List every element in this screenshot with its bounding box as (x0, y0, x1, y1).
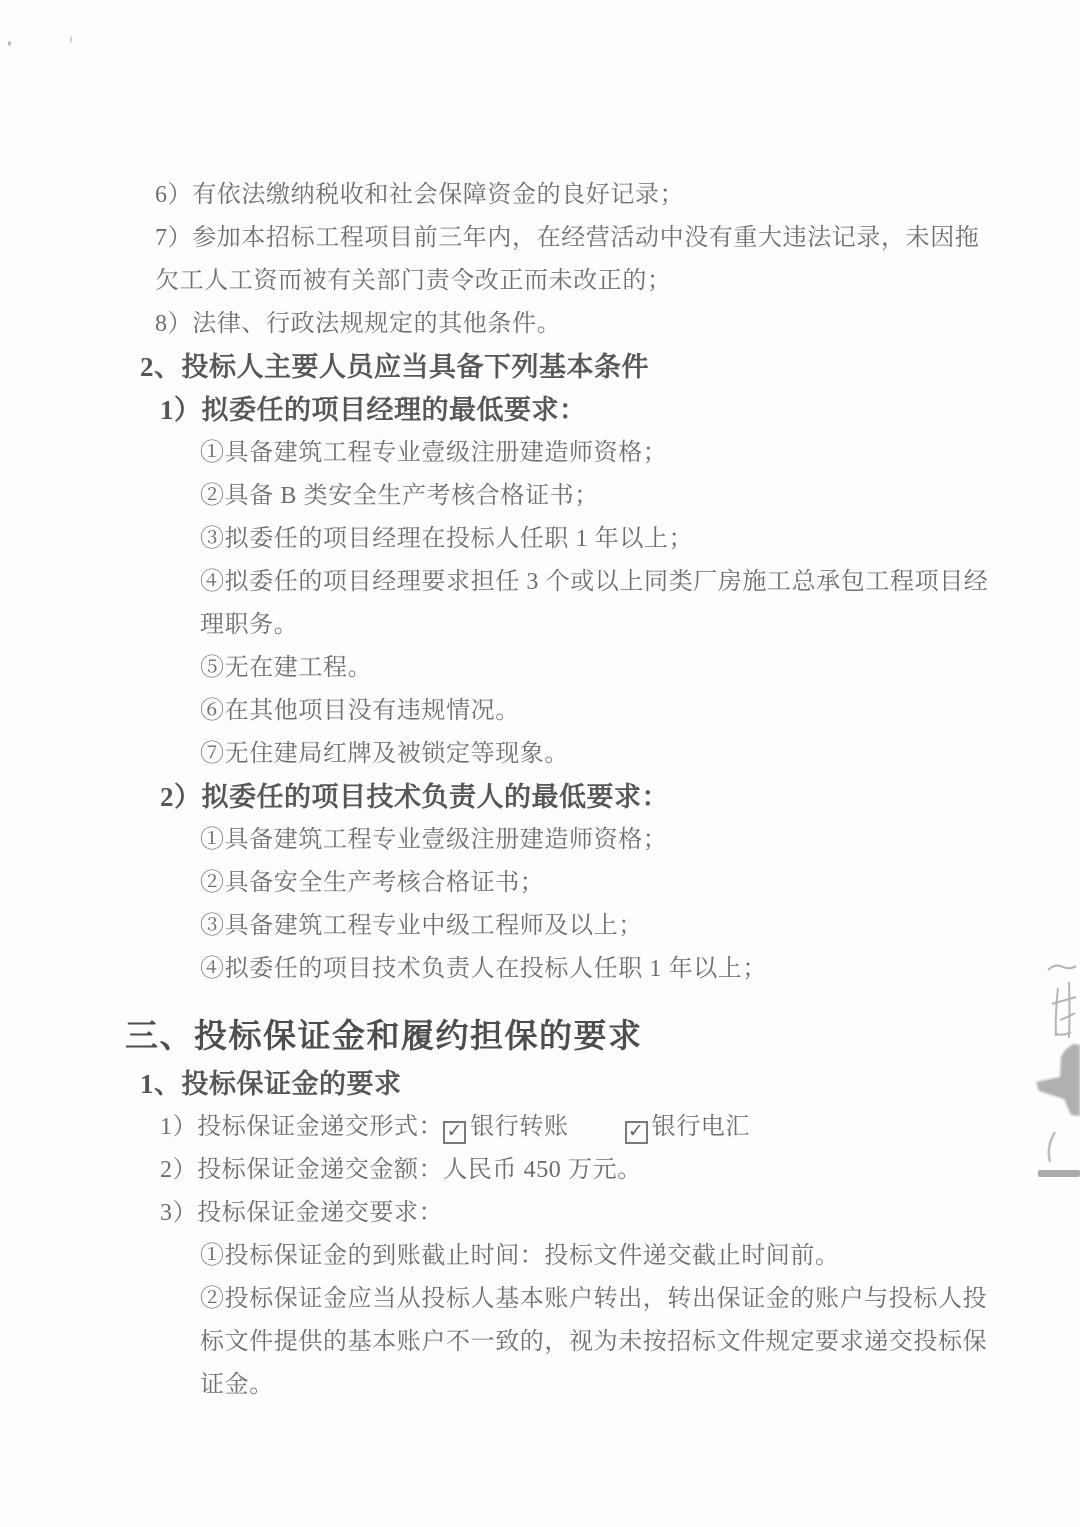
manager-req-1: ①具备建筑工程专业壹级注册建造师资格； (0, 432, 1080, 475)
line-text: ②投标保证金应当从投标人基本账户转出，转出保证金的账户与投标人投 (200, 1286, 987, 1312)
manager-req-6: ⑥在其他项目没有违规情况。 (0, 690, 1080, 733)
tech-lead-req-2: ②具备安全生产考核合格证书； (0, 862, 1080, 905)
bond-amount-item: 2）投标保证金递交金额：人民币 450 万元。 (0, 1149, 1080, 1192)
line-text: 6）有依法缴纳税收和社会保障资金的良好记录； (155, 182, 684, 208)
checkbox-label: 银行电汇 (652, 1114, 750, 1140)
line-text: ③拟委任的项目经理在投标人任职 1 年以上； (200, 526, 693, 552)
tech-lead-req-1: ①具备建筑工程专业壹级注册建造师资格； (0, 819, 1080, 862)
manager-req-2: ②具备 B 类安全生产考核合格证书； (0, 475, 1080, 518)
line-text: ⑦无住建局红牌及被锁定等现象。 (200, 741, 569, 767)
line-text: 8）法律、行政法规规定的其他条件。 (155, 311, 561, 337)
line-text: ②具备安全生产考核合格证书； (200, 870, 544, 896)
line-text: 2）拟委任的项目技术负责人的最低要求： (160, 782, 669, 812)
tech-lead-req-4: ④拟委任的项目技术负责人在投标人任职 1 年以上； (0, 948, 1080, 991)
line-text: ①具备建筑工程专业壹级注册建造师资格； (200, 440, 667, 466)
checkbox-option-2: ✓银行电汇 (625, 1106, 750, 1149)
line-text: ④拟委任的项目经理要求担任 3 个或以上同类厂房施工总承包工程项目经 (200, 569, 988, 595)
checkbox-label: 银行转账 (470, 1114, 568, 1140)
manager-req-4: ④拟委任的项目经理要求担任 3 个或以上同类厂房施工总承包工程项目经 (0, 561, 1080, 604)
scan-speck (70, 36, 72, 43)
line-text: 2）投标保证金递交金额：人民币 450 万元。 (160, 1157, 642, 1183)
bid-bond-requirements-title: 1、投标保证金的要求 (0, 1063, 1080, 1106)
document-content: 6）有依法缴纳税收和社会保障资金的良好记录；7）参加本招标工程项目前三年内，在经… (0, 174, 1080, 1407)
line-text: ①投标保证金的到账截止时间：投标文件递交截止时间前。 (200, 1243, 840, 1269)
subsection-2-title: 2、投标人主要人员应当具备下列基本条件 (0, 346, 1080, 389)
handwriting-fragment (1048, 966, 1076, 1038)
bond-req-2: ②投标保证金应当从投标人基本账户转出，转出保证金的账户与投标人投 (0, 1278, 1080, 1321)
manager-req-7: ⑦无住建局红牌及被锁定等现象。 (0, 733, 1080, 776)
line-text: ②具备 B 类安全生产考核合格证书； (200, 483, 599, 509)
section-3-heading: 三、投标保证金和履约担保的要求 (0, 1011, 1080, 1063)
checkbox-option-1: ✓银行转账 (443, 1106, 568, 1149)
line-text: ⑤无在建工程。 (200, 655, 372, 681)
line-text: 标文件提供的基本账户不一致的，视为未按招标文件规定要求递交投标保 (200, 1329, 987, 1355)
pen-arc-mark (1049, 1132, 1055, 1162)
line-text: 三、投标保证金和履约担保的要求 (125, 1019, 643, 1055)
dark-strip-mark (1038, 1170, 1080, 1177)
line-text: 2、投标人主要人员应当具备下列基本条件 (140, 352, 649, 382)
line-text: ③具备建筑工程专业中级工程师及以上； (200, 913, 643, 939)
line-text: 1、投标保证金的要求 (140, 1069, 402, 1099)
line-text: 7）参加本招标工程项目前三年内，在经营活动中没有重大违法记录，未因拖 (155, 225, 979, 251)
item-6: 6）有依法缴纳税收和社会保障资金的良好记录； (0, 174, 1080, 217)
manager-req-5: ⑤无在建工程。 (0, 647, 1080, 690)
bond-form-item: 1）投标保证金递交形式：✓银行转账✓银行电汇 (0, 1106, 1080, 1149)
line-text: 证金。 (200, 1372, 274, 1398)
bond-submission-item: 3）投标保证金递交要求： (0, 1192, 1080, 1235)
item-7: 7）参加本招标工程项目前三年内，在经营活动中没有重大违法记录，未因拖 (0, 217, 1080, 260)
line-text: 理职务。 (200, 612, 298, 638)
manager-requirements-title: 1）拟委任的项目经理的最低要求： (0, 389, 1080, 432)
document-page: 6）有依法缴纳税收和社会保障资金的良好记录；7）参加本招标工程项目前三年内，在经… (0, 0, 1080, 1527)
checkbox-checked-icon: ✓ (625, 1121, 648, 1144)
tech-lead-req-3: ③具备建筑工程专业中级工程师及以上； (0, 905, 1080, 948)
line-text: 1）投标保证金递交形式： (160, 1114, 443, 1140)
line-text: ①具备建筑工程专业壹级注册建造师资格； (200, 827, 667, 853)
scan-speck (8, 41, 11, 46)
line-text: ⑥在其他项目没有违规情况。 (200, 698, 520, 724)
item-8: 8）法律、行政法规规定的其他条件。 (0, 303, 1080, 346)
line-text: 1）拟委任的项目经理的最低要求： (160, 395, 587, 425)
stamp-blob (1036, 1044, 1080, 1116)
bond-req-1: ①投标保证金的到账截止时间：投标文件递交截止时间前。 (0, 1235, 1080, 1278)
bond-req-2-end: 证金。 (0, 1364, 1080, 1407)
line-text: 3）投标保证金递交要求： (160, 1200, 443, 1226)
checkbox-checked-icon: ✓ (443, 1121, 466, 1144)
bond-req-2-continued: 标文件提供的基本账户不一致的，视为未按招标文件规定要求递交投标保 (0, 1321, 1080, 1364)
manager-req-3: ③拟委任的项目经理在投标人任职 1 年以上； (0, 518, 1080, 561)
line-text: ④拟委任的项目技术负责人在投标人任职 1 年以上； (200, 956, 767, 982)
manager-req-4-continued: 理职务。 (0, 604, 1080, 647)
handwritten-stamp-marks (1008, 948, 1080, 1228)
item-7-continued: 欠工人工资而被有关部门责令改正而未改正的； (0, 260, 1080, 303)
tech-lead-requirements-title: 2）拟委任的项目技术负责人的最低要求： (0, 776, 1080, 819)
line-text: 欠工人工资而被有关部门责令改正而未改正的； (155, 268, 672, 294)
